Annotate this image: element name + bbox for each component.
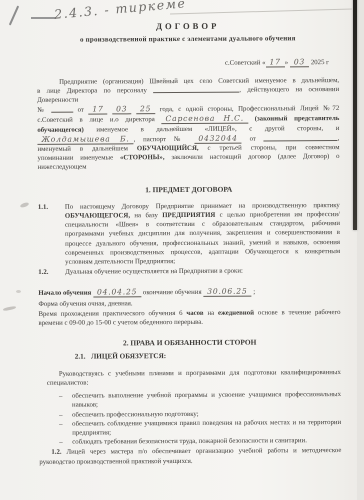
date-line: с.Советский «17» 03 2025 г [37, 58, 329, 70]
intro-line-9-tail: заключили настоящий договор (далее Догов… [171, 153, 339, 161]
intro-paragraph: Предприятие (организация) Швейный цех се… [37, 76, 340, 173]
training-dates-line: Начало обучения 04.04.25 окончание обуче… [38, 287, 340, 299]
handwritten-end-date: 30.06.25 [203, 287, 251, 297]
lyceum-obligations-lead: Руководствуясь с учебными планами и прог… [47, 368, 341, 388]
clause-1-1-a: По настоящему Договору Предприятие прини… [65, 202, 340, 211]
intro-line-2-text: в лице Директора по персоналу [37, 87, 147, 95]
intro-line-6-text: именуемое в дальнейшем «ЛИЦЕЙ», с другой… [96, 125, 339, 133]
dash-bullet: – [59, 410, 72, 419]
legal-representative-label: (законный представитель [255, 115, 340, 123]
clause-2-1-title: ЛИЦЕЙ ОБЯЗУЕТСЯ: [91, 353, 166, 361]
handwritten-doc-year: 25 [136, 104, 155, 114]
list-item-text: обеспечить выполнение учебной программы … [72, 390, 341, 410]
document-title: ДОГОВОР [37, 21, 339, 32]
document-subtitle: о производственной практике с элементами… [37, 34, 339, 45]
student-term-bold: ОБУЧАЮЩИЙСЯ, [137, 145, 199, 152]
scanned-contract-page: 2.4.3. - тиркеме ДОГОВОР о производствен… [0, 0, 364, 500]
clause-1-1-text: По настоящему Договору Предприятие прини… [65, 201, 340, 267]
clause-1-1-student-bold: ОБУЧАЮЩЕГОСЯ, [65, 212, 130, 219]
handwritten-doc-day: 17 [88, 105, 107, 115]
number-sign: № [37, 107, 46, 114]
passport-from: от [250, 135, 256, 142]
obligations-list: – обеспечить выполнение учебной программ… [39, 390, 341, 447]
intro-line-8-tail: с третьей стороны, при совместном [208, 144, 340, 152]
clause-1-1-number: 1.1. [38, 203, 65, 268]
blank-director-name [153, 85, 239, 93]
intro-line-2: в лице Директора по персоналу , действую… [37, 85, 339, 96]
intro-line-5-text: с.Советский в лице и.о директора [37, 117, 155, 125]
clause-1-2-number: 1.2. [38, 268, 65, 277]
list-item-text: обеспечить соблюдение учащимися правил п… [72, 418, 341, 438]
clause-1-2-final-paragraph: 1.2. Лицей через мастера п/о обеспечивае… [39, 446, 341, 466]
clause-1-2-text: Дуальная обучение осуществляется на Пред… [65, 266, 340, 277]
intro-line-9-text: упоминании именуемые [38, 155, 114, 162]
final-clause-number: 1.2. [51, 449, 61, 456]
date-year: 2025 г [311, 60, 329, 67]
list-item: – обеспечить соблюдение учащимися правил… [59, 418, 341, 438]
clause-1-1-enterprise-bold: ПРЕДПРИЯТИЯ [162, 212, 215, 219]
end-date-punct: ; [253, 289, 255, 296]
intro-line-7-comma: , [338, 135, 340, 142]
date-quote-close: » [285, 60, 288, 67]
dash-bullet: – [59, 392, 72, 410]
clause-2-1-heading: 2.1. ЛИЦЕЙ ОБЯЗУЕТСЯ: [75, 352, 341, 363]
training-form-line: Форма обучения очная, дневная. [38, 298, 340, 309]
section-1-heading: 1. ПРЕДМЕТ ДОГОВОРА [38, 184, 340, 195]
blank-doc-number [51, 106, 73, 113]
document-content: ДОГОВОР о производственной практике с эл… [0, 0, 364, 467]
list-item: – соблюдать требования безопасности труд… [59, 436, 341, 447]
clause-1-1-c: на базу [134, 212, 157, 219]
handwritten-student-name: Жолдамышева Б. [37, 134, 133, 145]
handwritten-start-date: 04.04.25 [93, 288, 141, 298]
list-item-text: соблюдать требования безопасности труда,… [72, 436, 341, 447]
intro-line-6-bold: обучающегося) [37, 126, 83, 133]
date-place: с.Советский « [225, 60, 266, 67]
final-clause-text: Лицей через мастера п/о обеспечивает орг… [39, 447, 341, 465]
start-date-label: Начало обучения [38, 290, 91, 297]
section-2-heading: 2. ПРАВА И ОБЯЗАННОСТИ СТОРОН [39, 337, 341, 348]
dash-bullet: – [59, 438, 72, 447]
blank-passport-date [264, 134, 338, 141]
intro-line-4-tail: года, с одной стороны, Профессиональный … [160, 105, 340, 113]
time-daily-bold: ежедневной [218, 309, 254, 316]
intro-line-4-from: от [78, 107, 84, 114]
handwritten-day: 17 [265, 58, 284, 68]
end-date-label: окончание обучения [143, 289, 202, 296]
handwritten-director-name: Сарсенова Н.С. [162, 114, 248, 125]
passport-label: , паспорт № [134, 136, 187, 143]
time-hours-bold: часов [186, 310, 203, 317]
handwritten-doc-month: 03 [112, 105, 131, 115]
training-time-paragraph: Время прохождения практического обучения… [38, 308, 340, 328]
clause-2-1-number: 2.1. [75, 353, 86, 361]
handwritten-month: 03 [290, 58, 309, 68]
intro-line-8-text: именуемый в дальнейшем [37, 145, 127, 153]
time-text-c: на [207, 310, 214, 317]
list-item: – обеспечить выполнение учебной программ… [59, 390, 341, 410]
parties-term-bold: «СТОРОНЫ», [120, 154, 165, 161]
clause-1-1: 1.1. По настоящему Договору Предприятие … [38, 201, 340, 267]
handwritten-passport-number: 0432044 [194, 133, 241, 143]
intro-line-10: нижеследующем [38, 161, 340, 172]
dash-bullet: – [59, 419, 72, 437]
clause-1-2: 1.2. Дуальная обучение осуществляется на… [38, 266, 340, 277]
intro-line-2-tail: , действующего на основании [239, 86, 339, 94]
time-text-a: Время прохождения практического обучения… [38, 310, 182, 318]
